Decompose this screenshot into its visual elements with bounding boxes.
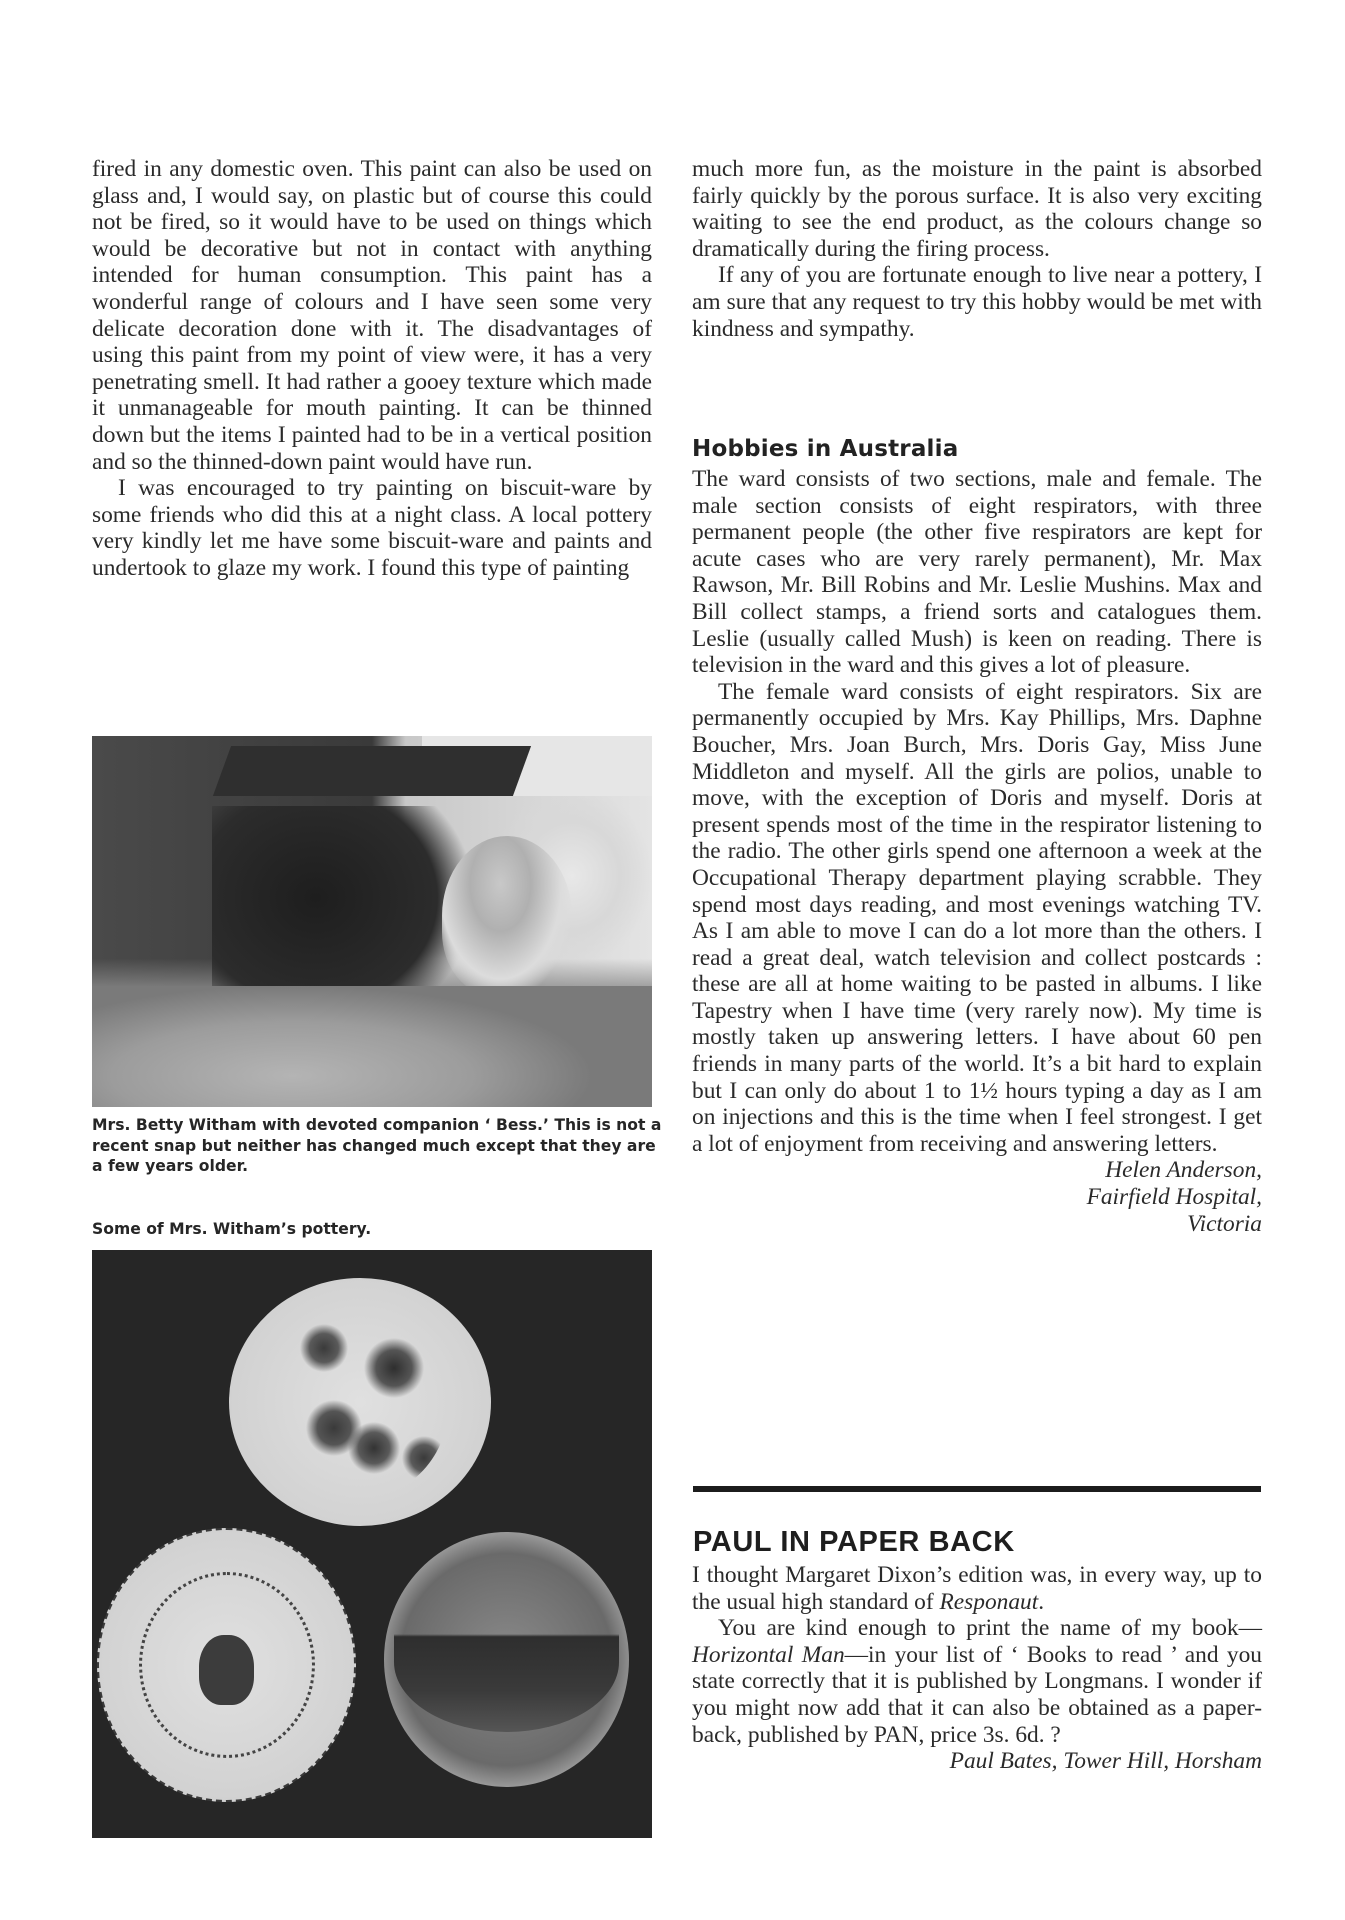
signature-block: Helen Anderson, Fairfield Hospital, Vict… xyxy=(692,1157,1262,1237)
paul-article: I thought Margaret Dixon’s edition was, … xyxy=(692,1562,1262,1775)
photo-witham-with-dog xyxy=(92,736,652,1107)
photo-pottery xyxy=(92,1250,652,1838)
hobbies-article: The ward consists of two sections, male … xyxy=(692,466,1262,1237)
signature-name: Helen Anderson, xyxy=(692,1157,1262,1184)
text-run: . xyxy=(1038,1589,1044,1615)
photo-blanket xyxy=(92,986,652,1107)
photo-woman xyxy=(442,836,572,996)
photo-caption: Some of Mrs. Witham’s pottery. xyxy=(92,1219,371,1240)
publication-title: Responaut xyxy=(940,1589,1039,1615)
body-paragraph: You are kind enough to print the name of… xyxy=(692,1615,1262,1748)
body-paragraph: much more fun, as the moisture in the pa… xyxy=(692,156,1262,262)
plate-pansies xyxy=(229,1278,491,1526)
pansy-decoration xyxy=(274,1308,449,1498)
plate-landscape xyxy=(384,1532,629,1787)
body-paragraph: fired in any domestic oven. This paint c… xyxy=(92,156,652,475)
signature-place: Fairfield Hospital, xyxy=(692,1184,1262,1211)
section-heading-paul: PAUL IN PAPER BACK xyxy=(693,1526,1015,1559)
signature-block: Paul Bates, Tower Hill, Horsham xyxy=(692,1748,1262,1775)
section-heading-hobbies: Hobbies in Australia xyxy=(692,436,958,462)
left-column-text: fired in any domestic oven. This paint c… xyxy=(92,156,652,582)
plate-hare xyxy=(97,1528,356,1802)
body-paragraph: I thought Margaret Dixon’s edition was, … xyxy=(692,1562,1262,1615)
photo-roof xyxy=(213,746,531,796)
photo-caption: Mrs. Betty Witham with devoted companion… xyxy=(92,1115,662,1177)
signature-region: Victoria xyxy=(692,1211,1262,1238)
right-column-continuation: much more fun, as the moisture in the pa… xyxy=(692,156,1262,342)
text-run: You are kind enough to print the name of… xyxy=(718,1615,1262,1641)
body-paragraph: The female ward consists of eight respir… xyxy=(692,679,1262,1158)
body-paragraph: I was encouraged to try painting on bisc… xyxy=(92,475,652,581)
section-divider xyxy=(693,1486,1261,1492)
landscape-decoration xyxy=(394,1592,619,1732)
body-paragraph: If any of you are fortunate enough to li… xyxy=(692,262,1262,342)
body-paragraph: The ward consists of two sections, male … xyxy=(692,466,1262,679)
hare-decoration xyxy=(199,1635,254,1705)
book-title: Horizontal Man xyxy=(692,1642,845,1668)
